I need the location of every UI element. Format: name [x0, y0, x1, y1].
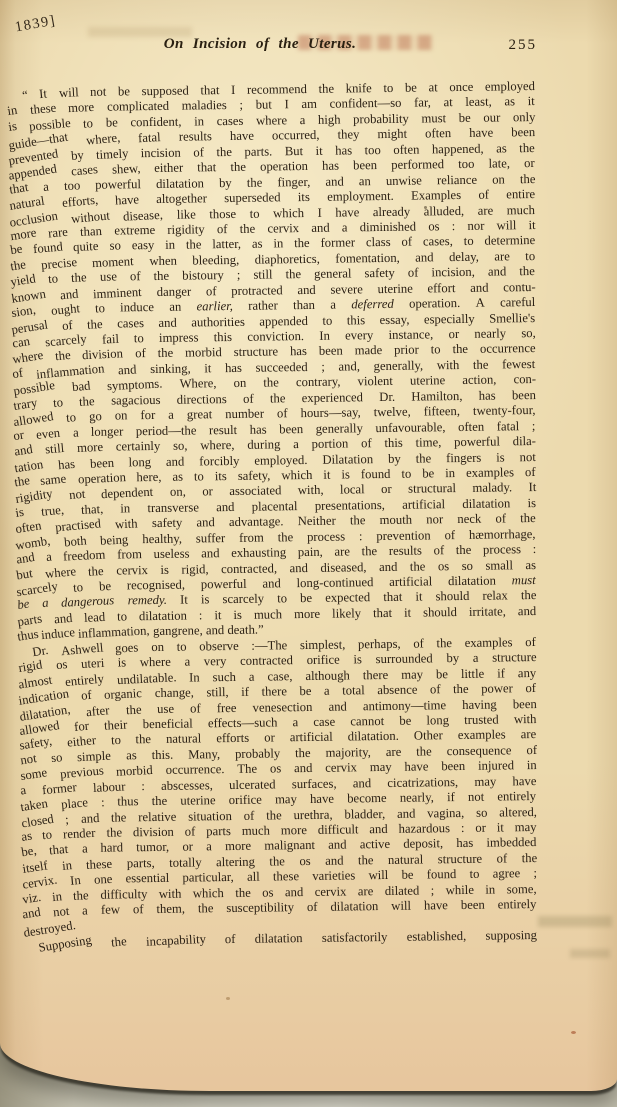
show-through-smudge: [570, 949, 610, 958]
page-number: 255: [497, 37, 537, 54]
book-page: 1839] On Incision of the Uterus. 255 “ I…: [0, 0, 617, 1091]
book-photo: 1839] On Incision of the Uterus. 255 “ I…: [0, 0, 617, 1107]
body-text: “ It will not be supposed that I recomme…: [0, 79, 617, 944]
year-label: 1839]: [14, 13, 58, 37]
ink-speck: [571, 1031, 576, 1034]
ink-speck: [226, 997, 230, 1000]
running-title: On Incision of the Uterus.: [120, 36, 400, 53]
